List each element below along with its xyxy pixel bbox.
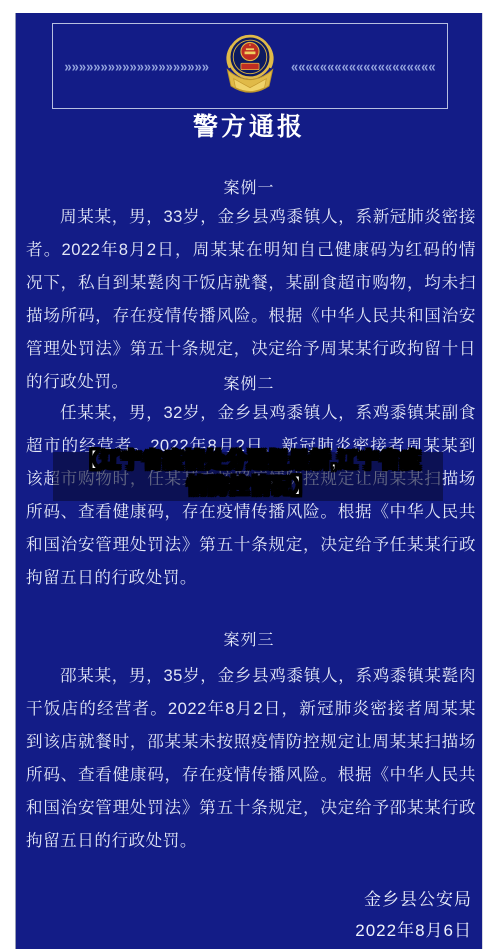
case-3-body: 邵某某，男，35岁，金乡县鸡黍镇人，系鸡黍镇某甏肉干饭店的经营者。2022年8月… [26,659,476,857]
chevrons-right-decoration: «««««««««««««««««««« [291,59,436,74]
police-emblem-icon [221,31,279,101]
screenshot-root: { "poster": { "bg_color": "#131c87", "ti… [0,0,500,949]
chevrons-left-decoration: »»»»»»»»»»»»»»»»»»»» [64,59,209,74]
notice-title: 警方通报 [16,112,482,142]
case-1-header: 案例一 [16,178,482,200]
issue-date: 2022年8月6日 [355,916,472,947]
caption-text: 【辽宁省疫情处分通报最新,辽宁省疫 情防控情况】 [18,448,482,499]
case-1-body: 周某某，男，33岁，金乡县鸡黍镇人，系新冠肺炎密接者。2022年8月2日，周某某… [26,200,476,398]
case-3-header: 案列三 [16,630,482,652]
emblem-banner: »»»»»»»»»»»»»»»»»»»» ««««««« [52,23,448,109]
signature-block: 金乡县公安局 2022年8月6日 [355,885,472,946]
case-2-header: 案例二 [16,374,482,396]
issuing-authority: 金乡县公安局 [355,885,472,916]
